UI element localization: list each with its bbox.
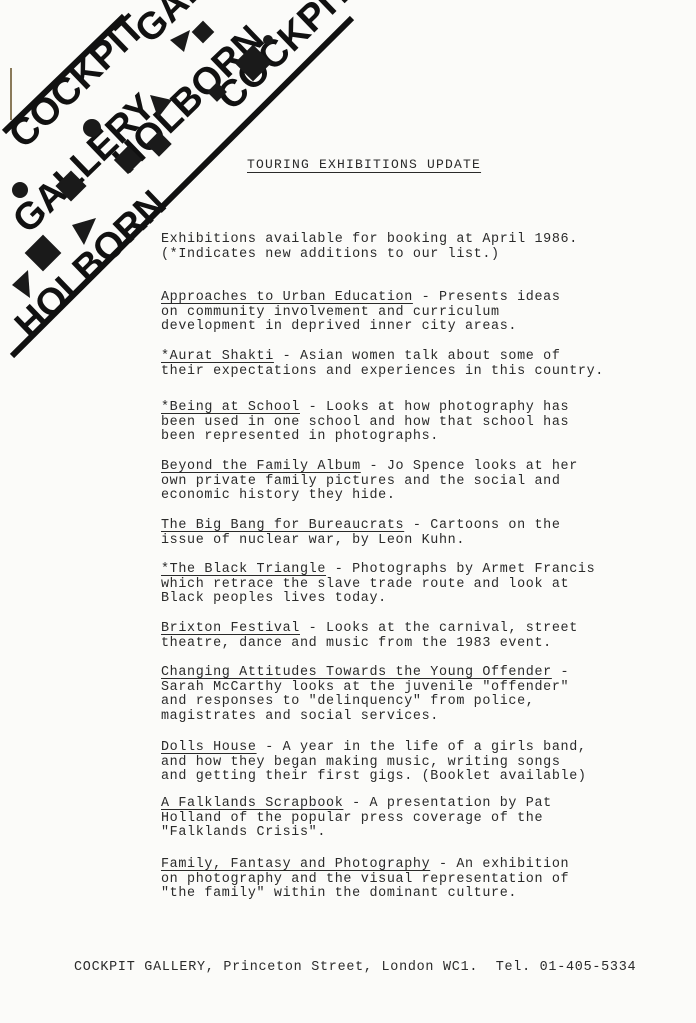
exhibition-description: - Cartoons on the (404, 518, 560, 533)
exhibition-title: Brixton Festival (161, 621, 300, 636)
exhibition-description-line: their expectations and experiences in th… (161, 364, 604, 379)
exhibition-description: - Presents ideas (413, 290, 561, 305)
exhibition-description-line: "the family" within the dominant culture… (161, 886, 517, 901)
exhibition-entry: Brixton Festival - Looks at the carnival… (161, 622, 578, 651)
exhibition-description-line: own private family pictures and the soci… (161, 474, 561, 489)
exhibition-entry: Beyond the Family Album - Jo Spence look… (161, 460, 578, 504)
exhibition-title: *Being at School (161, 400, 300, 415)
exhibition-description-line: Sarah McCarthy looks at the juvenile "of… (161, 680, 569, 695)
exhibition-entry: Dolls House - A year in the life of a gi… (161, 741, 587, 785)
exhibition-title: Dolls House (161, 740, 257, 755)
exhibition-description: - Looks at how photography has (300, 400, 569, 415)
exhibition-entry: *Being at School - Looks at how photogra… (161, 401, 569, 445)
exhibition-description: - A year in the life of a girls band, (257, 740, 587, 755)
intro-note: (*Indicates new additions to our list.) (161, 247, 500, 262)
exhibition-description-line: Holland of the popular press coverage of… (161, 811, 543, 826)
exhibition-description-line: on community involvement and curriculum (161, 305, 500, 320)
exhibition-title: The Big Bang for Bureaucrats (161, 518, 404, 533)
document-page: COCKPIT GALLERY HOLBORN COCKPIT GALLERY … (0, 0, 696, 1023)
exhibition-description: - Asian women talk about some of (274, 349, 561, 364)
exhibition-title: A Falklands Scrapbook (161, 796, 343, 811)
staple-mark (10, 68, 12, 120)
footer-address: COCKPIT GALLERY, Princeton Street, Londo… (74, 960, 636, 975)
exhibition-description-line: on photography and the visual representa… (161, 872, 569, 887)
exhibition-description: - (552, 665, 569, 680)
exhibition-description-line: development in deprived inner city areas… (161, 319, 517, 334)
exhibition-description-line: and responses to "delinquency" from poli… (161, 694, 535, 709)
exhibition-description: - Jo Spence looks at her (361, 459, 578, 474)
exhibition-description-line: been represented in photographs. (161, 429, 439, 444)
exhibition-entry: Approaches to Urban Education - Presents… (161, 291, 561, 335)
exhibition-title: *The Black Triangle (161, 562, 326, 577)
exhibition-entry: A Falklands Scrapbook - A presentation b… (161, 797, 552, 841)
exhibition-description-line: and getting their first gigs. (Booklet a… (161, 769, 587, 784)
exhibition-title: *Aurat Shakti (161, 349, 274, 364)
page-title: TOURING EXHIBITIONS UPDATE (247, 157, 481, 172)
exhibition-title: Family, Fantasy and Photography (161, 857, 430, 872)
exhibition-description-line: and how they began making music, writing… (161, 755, 561, 770)
exhibition-description-line: magistrates and social services. (161, 709, 439, 724)
exhibition-description-line: issue of nuclear war, by Leon Kuhn. (161, 533, 465, 548)
exhibition-description: - Photographs by Armet Francis (326, 562, 595, 577)
exhibition-description: - A presentation by Pat (343, 796, 551, 811)
exhibition-description: - Looks at the carnival, street (300, 621, 578, 636)
exhibition-title: Changing Attitudes Towards the Young Off… (161, 665, 552, 680)
exhibition-description-line: Black peoples lives today. (161, 591, 387, 606)
exhibition-entry: Changing Attitudes Towards the Young Off… (161, 666, 569, 724)
intro-line: Exhibitions available for booking at Apr… (161, 232, 578, 247)
exhibition-title: Approaches to Urban Education (161, 290, 413, 305)
intro: Exhibitions available for booking at Apr… (161, 233, 578, 262)
exhibition-description-line: which retrace the slave trade route and … (161, 577, 569, 592)
exhibition-description-line: been used in one school and how that sch… (161, 415, 569, 430)
exhibition-description-line: theatre, dance and music from the 1983 e… (161, 636, 552, 651)
exhibition-title: Beyond the Family Album (161, 459, 361, 474)
exhibition-entry: The Big Bang for Bureaucrats - Cartoons … (161, 519, 561, 548)
exhibition-description-line: "Falklands Crisis". (161, 825, 326, 840)
exhibition-entry: Family, Fantasy and Photography - An exh… (161, 858, 569, 902)
exhibition-entry: *The Black Triangle - Photographs by Arm… (161, 563, 595, 607)
exhibition-entry: *Aurat Shakti - Asian women talk about s… (161, 350, 604, 379)
exhibition-description-line: economic history they hide. (161, 488, 396, 503)
exhibition-description: - An exhibition (430, 857, 569, 872)
